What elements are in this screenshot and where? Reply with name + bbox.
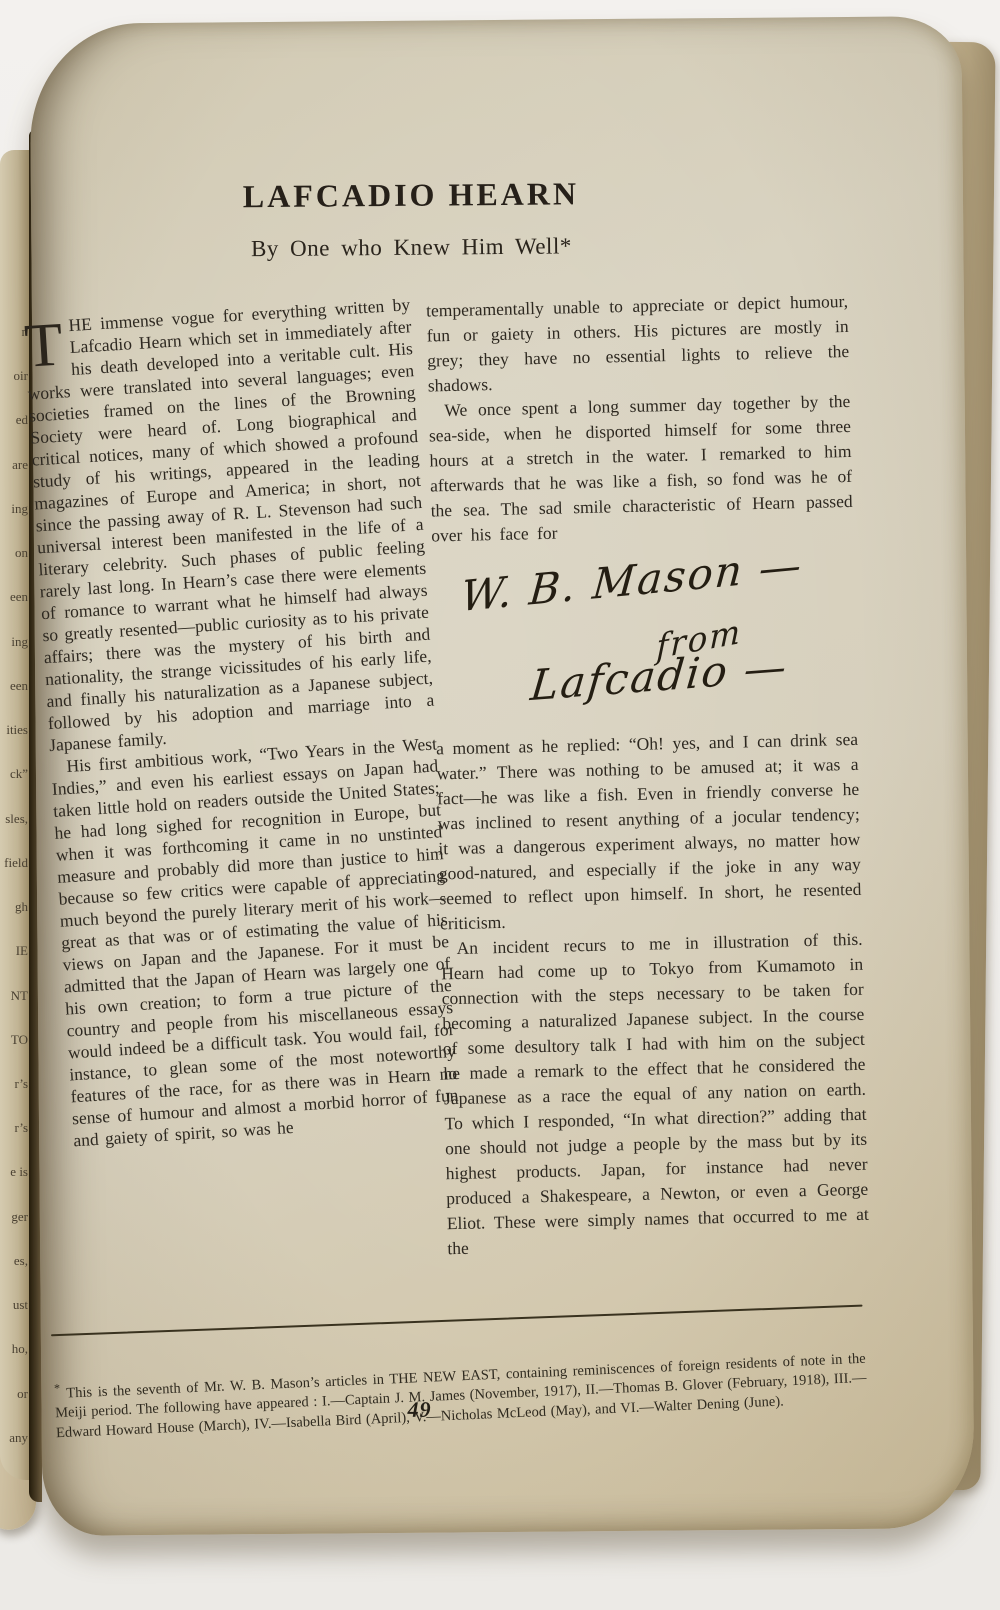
paragraph: His first ambitious work, “Two Years in … bbox=[50, 732, 460, 1151]
gutter-text-fragment: NT bbox=[11, 989, 28, 1003]
footnote: *This is the seventh of Mr. W. B. Mason’… bbox=[54, 1343, 868, 1443]
gutter-text-fragment: r’s bbox=[15, 1077, 28, 1091]
gutter-text-fragment: ck” bbox=[10, 767, 28, 781]
gutter-text-fragment: any bbox=[9, 1431, 28, 1445]
gutter-text-fragment: r’s bbox=[15, 1121, 28, 1135]
gutter-text-fragment: on bbox=[15, 546, 28, 560]
gutter-text-fragment: ed bbox=[16, 413, 28, 427]
handwriting-line-3: Lafcadio — bbox=[530, 654, 790, 699]
gutter-text-fragment: ust bbox=[13, 1298, 28, 1312]
gutter-text-fragment: TO bbox=[11, 1033, 28, 1047]
paragraph: THE immense vogue for everything written… bbox=[23, 293, 436, 756]
gutter-text-fragment: ities bbox=[6, 723, 28, 737]
handwriting-line-1: W. B. Mason — bbox=[460, 552, 804, 609]
paragraph: temperamentally unable to appreciate or … bbox=[426, 289, 850, 399]
book-page: LAFCADIO HEARN By One who Knew Him Well*… bbox=[29, 16, 974, 1536]
book-photo: n oir ed are ing on een ing een ities ck… bbox=[0, 0, 1000, 1610]
gutter-text-fragment: are bbox=[12, 458, 28, 472]
paragraph: An incident recurs to me in illustration… bbox=[440, 927, 869, 1261]
paragraph-text: HE immense vogue for everything written … bbox=[27, 294, 435, 755]
gutter-text-fragment: een bbox=[10, 590, 28, 604]
left-column: THE immense vogue for everything written… bbox=[23, 293, 460, 1151]
handwritten-inscription: W. B. Mason — from Lafcadio — bbox=[432, 539, 858, 737]
gutter-text-fragment: sles, bbox=[5, 812, 28, 826]
gutter-text-fragment: or bbox=[17, 1387, 28, 1401]
gutter-text-fragment: ing bbox=[11, 502, 28, 516]
footnote-asterisk: * bbox=[54, 1379, 61, 1399]
gutter-text-fragment: field bbox=[4, 856, 28, 870]
article-title: LAFCADIO HEARN bbox=[91, 174, 731, 217]
article-byline: By One who Knew Him Well* bbox=[91, 232, 731, 264]
footnote-text: This is the seventh of Mr. W. B. Mason’s… bbox=[55, 1350, 867, 1440]
right-column: temperamentally unable to appreciate or … bbox=[426, 289, 870, 1261]
footnote-divider bbox=[51, 1305, 863, 1337]
paragraph: We once spent a long summer day together… bbox=[428, 389, 853, 549]
gutter-text-fragment: gh bbox=[15, 900, 28, 914]
gutter-text-fragment: es, bbox=[14, 1254, 28, 1268]
gutter-text-fragment: ho, bbox=[12, 1342, 28, 1356]
page-number: 49 bbox=[407, 1396, 467, 1423]
gutter-text-fragment: ger bbox=[11, 1210, 28, 1224]
gutter-text-fragment: een bbox=[10, 679, 28, 693]
gutter-text-fragment: ing bbox=[11, 635, 28, 649]
gutter-text-fragment: IE bbox=[16, 944, 28, 958]
gutter-text-fragment: e is bbox=[10, 1165, 28, 1179]
drop-cap: T bbox=[23, 314, 71, 374]
paragraph: a moment as he replied: “Oh! yes, and I … bbox=[436, 727, 862, 937]
